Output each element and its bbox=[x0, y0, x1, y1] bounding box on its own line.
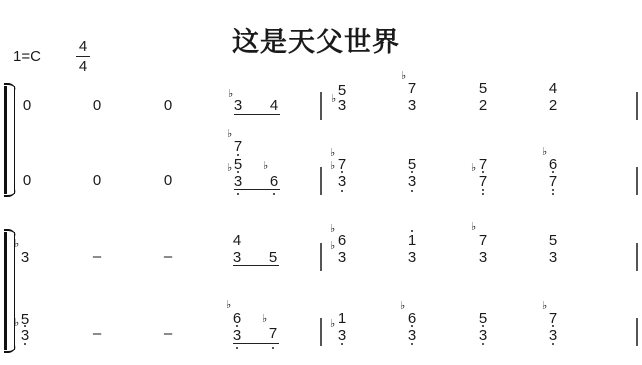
flat-icon: ♭ bbox=[330, 240, 335, 251]
flat-icon: ♭ bbox=[330, 223, 335, 234]
note: 3 bbox=[19, 328, 31, 343]
note: 3 bbox=[547, 250, 559, 265]
note: 0 bbox=[21, 173, 33, 188]
note: 7 bbox=[477, 157, 489, 172]
note: 0 bbox=[91, 173, 103, 188]
flat-icon: ♭ bbox=[263, 160, 268, 171]
flat-icon: ♭ bbox=[14, 238, 19, 249]
note: 7 bbox=[336, 157, 348, 172]
octave-dot bbox=[272, 347, 274, 349]
octave-dot bbox=[482, 343, 484, 345]
note: 3 bbox=[336, 250, 348, 265]
note: 4 bbox=[268, 98, 280, 113]
rest-dash: – bbox=[162, 249, 174, 264]
octave-dot bbox=[482, 189, 484, 191]
octave-dot bbox=[552, 189, 554, 191]
note: 3 bbox=[231, 250, 243, 265]
flat-icon: ♭ bbox=[471, 221, 476, 232]
time-signature-bottom: 4 bbox=[76, 58, 90, 75]
octave-dot bbox=[273, 193, 275, 195]
note: 5 bbox=[267, 250, 279, 265]
note: 3 bbox=[477, 328, 489, 343]
note: 3 bbox=[547, 328, 559, 343]
octave-dot bbox=[411, 190, 413, 192]
flat-icon: ♭ bbox=[542, 146, 547, 157]
flat-icon: ♭ bbox=[330, 147, 335, 158]
octave-dot bbox=[552, 193, 554, 195]
note: 7 bbox=[232, 139, 244, 154]
beam bbox=[234, 114, 280, 115]
note: 3 bbox=[406, 328, 418, 343]
note: 4 bbox=[547, 81, 559, 96]
note: 3 bbox=[406, 98, 418, 113]
note: 5 bbox=[232, 157, 244, 172]
note: 6 bbox=[231, 311, 243, 326]
note: 0 bbox=[21, 98, 33, 113]
rest-dash: – bbox=[91, 249, 103, 264]
barline bbox=[320, 167, 322, 195]
octave-dot bbox=[482, 193, 484, 195]
octave-dot bbox=[236, 347, 238, 349]
flat-icon: ♭ bbox=[330, 318, 335, 329]
octave-dot bbox=[411, 343, 413, 345]
octave-dot bbox=[341, 343, 343, 345]
note: 1 bbox=[336, 311, 348, 326]
note: 5 bbox=[336, 83, 348, 98]
flat-icon: ♭ bbox=[471, 162, 476, 173]
barline bbox=[636, 167, 638, 195]
note: 5 bbox=[406, 157, 418, 172]
beam bbox=[233, 343, 279, 344]
barline bbox=[320, 92, 322, 120]
note: 7 bbox=[406, 81, 418, 96]
time-signature: 4 4 bbox=[76, 38, 90, 75]
barline bbox=[636, 318, 638, 346]
note: 3 bbox=[232, 174, 244, 189]
note: 7 bbox=[477, 233, 489, 248]
flat-icon: ♭ bbox=[400, 300, 405, 311]
note: 7 bbox=[547, 174, 559, 189]
note: 5 bbox=[477, 81, 489, 96]
note: 3 bbox=[336, 98, 348, 113]
note: 6 bbox=[406, 311, 418, 326]
note: 3 bbox=[477, 250, 489, 265]
flat-icon: ♭ bbox=[542, 300, 547, 311]
note: 7 bbox=[267, 326, 279, 341]
flat-icon: ♭ bbox=[330, 160, 335, 171]
barline bbox=[320, 243, 322, 271]
note: 5 bbox=[477, 311, 489, 326]
time-signature-top: 4 bbox=[76, 38, 90, 55]
note: 2 bbox=[477, 98, 489, 113]
rest-dash: – bbox=[91, 326, 103, 341]
note: 3 bbox=[336, 174, 348, 189]
note: 3 bbox=[232, 98, 244, 113]
flat-icon: ♭ bbox=[401, 70, 406, 81]
note: 3 bbox=[19, 250, 31, 265]
note: 0 bbox=[162, 173, 174, 188]
page-title: 这是天父世界 bbox=[232, 20, 400, 59]
octave-dot bbox=[24, 343, 26, 345]
note: 6 bbox=[268, 174, 280, 189]
flat-icon: ♭ bbox=[262, 313, 267, 324]
barline bbox=[636, 243, 638, 271]
beam bbox=[233, 265, 279, 266]
note: 0 bbox=[162, 98, 174, 113]
note: 3 bbox=[406, 174, 418, 189]
note: 6 bbox=[336, 233, 348, 248]
flat-icon: ♭ bbox=[226, 299, 231, 310]
note: 4 bbox=[231, 233, 243, 248]
note: 6 bbox=[547, 157, 559, 172]
octave-dot bbox=[341, 190, 343, 192]
barline bbox=[320, 318, 322, 346]
time-signature-divider bbox=[76, 56, 90, 57]
key-signature: 1=C bbox=[13, 48, 41, 65]
note: 3 bbox=[336, 328, 348, 343]
note: 7 bbox=[477, 174, 489, 189]
note: 3 bbox=[406, 250, 418, 265]
octave-dot bbox=[552, 343, 554, 345]
barline bbox=[636, 92, 638, 120]
note: 5 bbox=[547, 233, 559, 248]
rest-dash: – bbox=[162, 326, 174, 341]
octave-dot bbox=[237, 193, 239, 195]
note: 1 bbox=[406, 233, 418, 248]
note: 3 bbox=[231, 328, 243, 343]
note: 2 bbox=[547, 98, 559, 113]
beam bbox=[234, 189, 280, 190]
note: 7 bbox=[547, 311, 559, 326]
system-1-bracket bbox=[4, 86, 15, 194]
flat-icon: ♭ bbox=[227, 128, 232, 139]
note: 0 bbox=[91, 98, 103, 113]
